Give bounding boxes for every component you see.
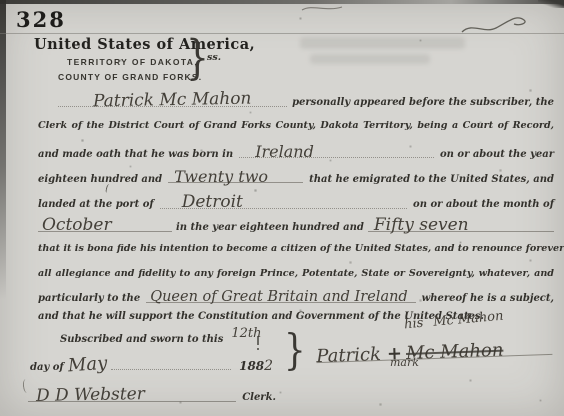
hand-port: Detroit xyxy=(182,194,243,211)
name-blank: Patrick Mc Mahon xyxy=(58,92,287,107)
hand-month-name: May xyxy=(67,355,108,376)
hand-year-digit: 2 xyxy=(264,359,273,373)
print-text: day of xyxy=(30,362,64,373)
print-text: whereof he is a subject, xyxy=(422,293,554,304)
hand-surname-scrawl: Mc Mahon xyxy=(406,342,504,363)
attestation-line-2: day of May 188 2 xyxy=(30,356,360,376)
clerk-signature-blank: D D Webster xyxy=(28,379,236,402)
scan-edge-top xyxy=(0,0,564,4)
print-text: Subscribed and sworn to this xyxy=(60,334,223,345)
declaration-line-2: Clerk of the District Court of Grand For… xyxy=(38,120,554,140)
ink-bleedthrough xyxy=(310,54,430,64)
hand-declarant-name: Patrick Mc Mahon xyxy=(93,91,252,111)
ink-bleedthrough xyxy=(300,37,465,49)
scanned-declaration-document: 328 United States of America, TERRITORY … xyxy=(0,0,564,416)
print-text: landed at the port of xyxy=(38,199,154,210)
year-blank: Fifty seven xyxy=(368,217,554,232)
hand-year: Fifty seven xyxy=(374,217,469,234)
print-text: personally appeared before the subscribe… xyxy=(292,97,554,108)
pen-squiggle-icon xyxy=(458,10,536,38)
header-brace: } xyxy=(186,32,209,85)
header-territory: TERRITORY OF DAKOTA, xyxy=(67,57,198,67)
header-county: COUNTY OF GRAND FORKS. xyxy=(58,72,202,82)
hand-his-label: his xyxy=(404,317,424,332)
declaration-line-5: landed at the port of Detroit on or abou… xyxy=(38,194,554,214)
birthyear-blank: Twenty two xyxy=(168,169,303,183)
header-ss-abbrev: ss. xyxy=(207,52,221,63)
print-text: on or about the year xyxy=(440,149,554,160)
declaration-line-1: Patrick Mc Mahon personally appeared bef… xyxy=(38,92,554,112)
month-blank: October xyxy=(38,217,172,232)
print-text: in the year eighteen hundred and xyxy=(176,222,364,233)
hand-sovereign: Queen of Great Britain and Ireland xyxy=(150,290,408,305)
ink-blot-mark xyxy=(257,336,259,345)
scan-corner-top-right xyxy=(538,0,564,8)
declaration-line-8: all allegiance and fidelity to any forei… xyxy=(38,268,554,288)
declarant-signature-line: Patrick + Mc Mahon xyxy=(316,326,553,363)
hand-given-name: Patrick xyxy=(316,346,381,366)
attestation-brace: } xyxy=(284,325,306,375)
pen-squiggle-icon xyxy=(300,2,346,14)
declaration-line-7: that it is bona fide his intention to be… xyxy=(38,243,554,263)
header-country: United States of America, xyxy=(34,36,255,53)
scan-edge-left xyxy=(0,0,6,416)
page-number: 328 xyxy=(16,7,66,32)
print-text: particularly to the xyxy=(38,293,140,304)
print-text: on or about the month of xyxy=(413,199,554,210)
hand-clerk-name: D D Webster xyxy=(36,386,145,405)
hand-month: October xyxy=(42,217,112,234)
clerk-signature-line: D D Webster Clerk. xyxy=(28,379,276,399)
declaration-line-4: eighteen hundred and Twenty two that he … xyxy=(38,169,554,189)
attestation-line-1: Subscribed and sworn to this 12th xyxy=(38,332,298,352)
port-blank: Detroit xyxy=(160,194,407,209)
declaration-line-9: particularly to the Queen of Great Brita… xyxy=(38,290,554,310)
print-text: eighteen hundred and xyxy=(38,174,162,185)
scan-noise-specks xyxy=(0,0,1,1)
print-text: and made oath that he was born in xyxy=(38,149,233,160)
hand-mark-label: mark xyxy=(390,357,419,368)
print-text: that he emigrated to the United States, … xyxy=(309,174,554,185)
print-year-prefix: 188 xyxy=(239,359,264,373)
date-blank xyxy=(111,357,231,370)
declaration-line-3: and made oath that he was born in Irelan… xyxy=(38,144,554,164)
hand-birthyear: Twenty two xyxy=(174,169,268,185)
birthplace-blank: Ireland xyxy=(239,144,434,158)
sovereign-blank: Queen of Great Britain and Ireland xyxy=(146,290,415,303)
declaration-line-6: October in the year eighteen hundred and… xyxy=(38,217,554,237)
hand-birthplace: Ireland xyxy=(255,144,314,160)
print-clerk-label: Clerk. xyxy=(242,392,276,403)
